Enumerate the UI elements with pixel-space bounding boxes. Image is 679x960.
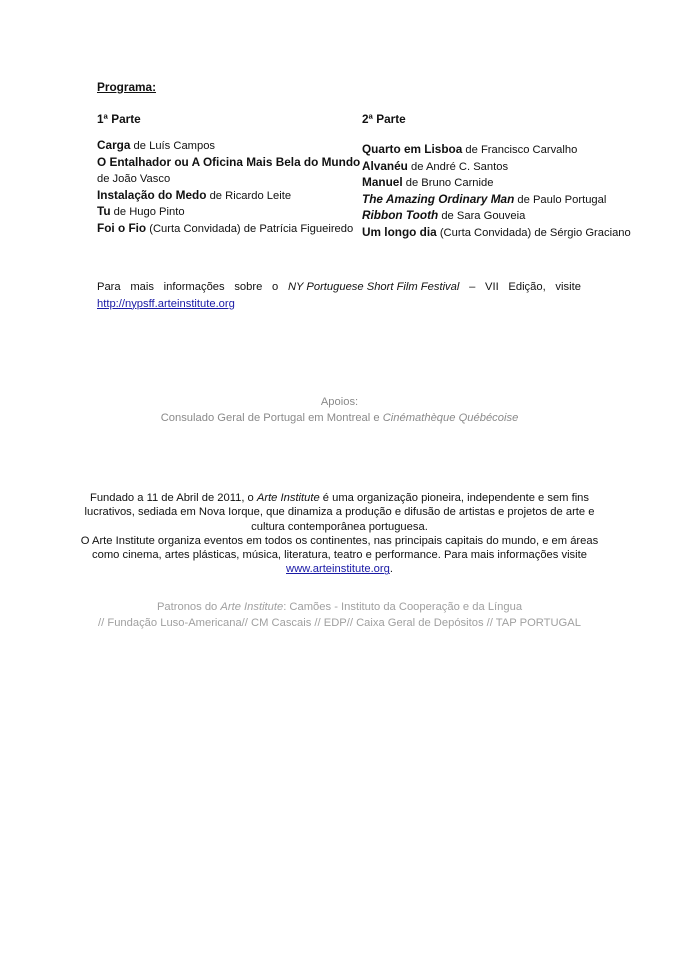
film-title: Tu xyxy=(97,204,111,218)
festival-name: NY Portuguese Short Film Festival xyxy=(288,280,459,296)
film-director: de Ricardo Leite xyxy=(206,190,291,202)
film-title: O Entalhador ou A Oficina Mais Bela do M… xyxy=(97,155,360,169)
patronos-line: // Fundação Luso-Americana// CM Cascais … xyxy=(0,616,679,632)
film-title: Instalação do Medo xyxy=(97,188,206,202)
apoios-line: Consulado Geral de Portugal em Montreal … xyxy=(0,411,679,427)
apoios-section: Apoios: Consulado Geral de Portugal em M… xyxy=(0,395,679,426)
apoios-label: Apoios: xyxy=(0,395,679,411)
about-text: . xyxy=(390,563,393,575)
about-line: Fundado a 11 de Abril de 2011, o Arte In… xyxy=(0,491,679,505)
about-italic: Arte Institute xyxy=(257,492,320,504)
parte1-heading: 1ª Parte xyxy=(97,112,141,128)
film-item: Um longo dia (Curta Convidada) de Sérgio… xyxy=(362,225,631,242)
film-title: Ribbon Tooth xyxy=(362,208,438,222)
apoios-text: Consulado Geral de Portugal em Montreal … xyxy=(161,412,383,424)
patronos-text: Patronos do xyxy=(157,601,220,613)
patronos-text: : Camões - Instituto da Cooperação e da … xyxy=(283,601,522,613)
about-line: como cinema, artes plásticas, música, li… xyxy=(0,548,679,562)
word: o xyxy=(272,280,278,296)
about-section: Fundado a 11 de Abril de 2011, o Arte In… xyxy=(0,491,679,577)
film-title: Foi o Fio xyxy=(97,221,146,235)
about-line: cultura contemporânea portuguesa. xyxy=(0,520,679,534)
word: sobre xyxy=(234,280,262,296)
parte1-list: Carga de Luís Campos O Entalhador ou A O… xyxy=(97,138,360,237)
programa-title: Programa: xyxy=(97,80,156,96)
word: informações xyxy=(164,280,225,296)
word: mais xyxy=(130,280,154,296)
film-title: Manuel xyxy=(362,175,403,189)
about-text: Fundado a 11 de Abril de 2011, o xyxy=(90,492,257,504)
film-item: Foi o Fio (Curta Convidada) de Patrícia … xyxy=(97,221,360,238)
about-line: www.arteinstitute.org. xyxy=(0,562,679,576)
film-title: Um longo dia xyxy=(362,225,437,239)
film-item: Alvanéu de André C. Santos xyxy=(362,159,631,176)
film-director: (Curta Convidada) de Patrícia Figueiredo xyxy=(146,223,353,235)
film-director: de André C. Santos xyxy=(408,161,508,173)
film-director: de Sara Gouveia xyxy=(438,210,525,222)
festival-link[interactable]: http://nypsff.arteinstitute.org xyxy=(97,298,235,310)
festival-info-line: Para mais informações sobre o NY Portugu… xyxy=(97,280,581,296)
film-director: de Francisco Carvalho xyxy=(462,144,577,156)
parte2-heading: 2ª Parte xyxy=(362,112,406,128)
film-item: de João Vasco xyxy=(97,171,360,188)
patronos-line: Patronos do Arte Institute: Camões - Ins… xyxy=(0,600,679,616)
about-text: é uma organização pioneira, independente… xyxy=(320,492,589,504)
film-item: Tu de Hugo Pinto xyxy=(97,204,360,221)
apoios-italic: Cinémathèque Québécoise xyxy=(383,412,519,424)
word: Edição, xyxy=(508,280,545,296)
film-title: Quarto em Lisboa xyxy=(362,142,462,156)
word: visite xyxy=(555,280,581,296)
festival-info: Para mais informações sobre o NY Portugu… xyxy=(97,280,581,312)
film-director: de João Vasco xyxy=(97,173,170,185)
film-director: de Bruno Carnide xyxy=(403,177,494,189)
film-title: The Amazing Ordinary Man xyxy=(362,192,514,206)
film-item: O Entalhador ou A Oficina Mais Bela do M… xyxy=(97,155,360,172)
patronos-italic: Arte Institute xyxy=(220,601,283,613)
film-title: Alvanéu xyxy=(362,159,408,173)
film-item: Ribbon Tooth de Sara Gouveia xyxy=(362,208,631,225)
film-item: Carga de Luís Campos xyxy=(97,138,360,155)
film-director: de Luís Campos xyxy=(130,140,215,152)
film-item: Instalação do Medo de Ricardo Leite xyxy=(97,188,360,205)
arte-institute-link[interactable]: www.arteinstitute.org xyxy=(286,563,390,575)
about-line: lucrativos, sediada em Nova Iorque, que … xyxy=(0,505,679,519)
film-item: Quarto em Lisboa de Francisco Carvalho xyxy=(362,142,631,159)
film-director: de Hugo Pinto xyxy=(111,206,185,218)
parte2-list: Quarto em Lisboa de Francisco Carvalho A… xyxy=(362,142,631,241)
word: VII xyxy=(485,280,499,296)
film-director: de Paulo Portugal xyxy=(514,194,606,206)
film-director: (Curta Convidada) de Sérgio Graciano xyxy=(437,227,631,239)
patronos-section: Patronos do Arte Institute: Camões - Ins… xyxy=(0,600,679,631)
film-item: The Amazing Ordinary Man de Paulo Portug… xyxy=(362,192,631,209)
word: Para xyxy=(97,280,121,296)
word: – xyxy=(469,280,475,296)
film-item: Manuel de Bruno Carnide xyxy=(362,175,631,192)
about-line: O Arte Institute organiza eventos em tod… xyxy=(0,534,679,548)
film-title: Carga xyxy=(97,138,130,152)
